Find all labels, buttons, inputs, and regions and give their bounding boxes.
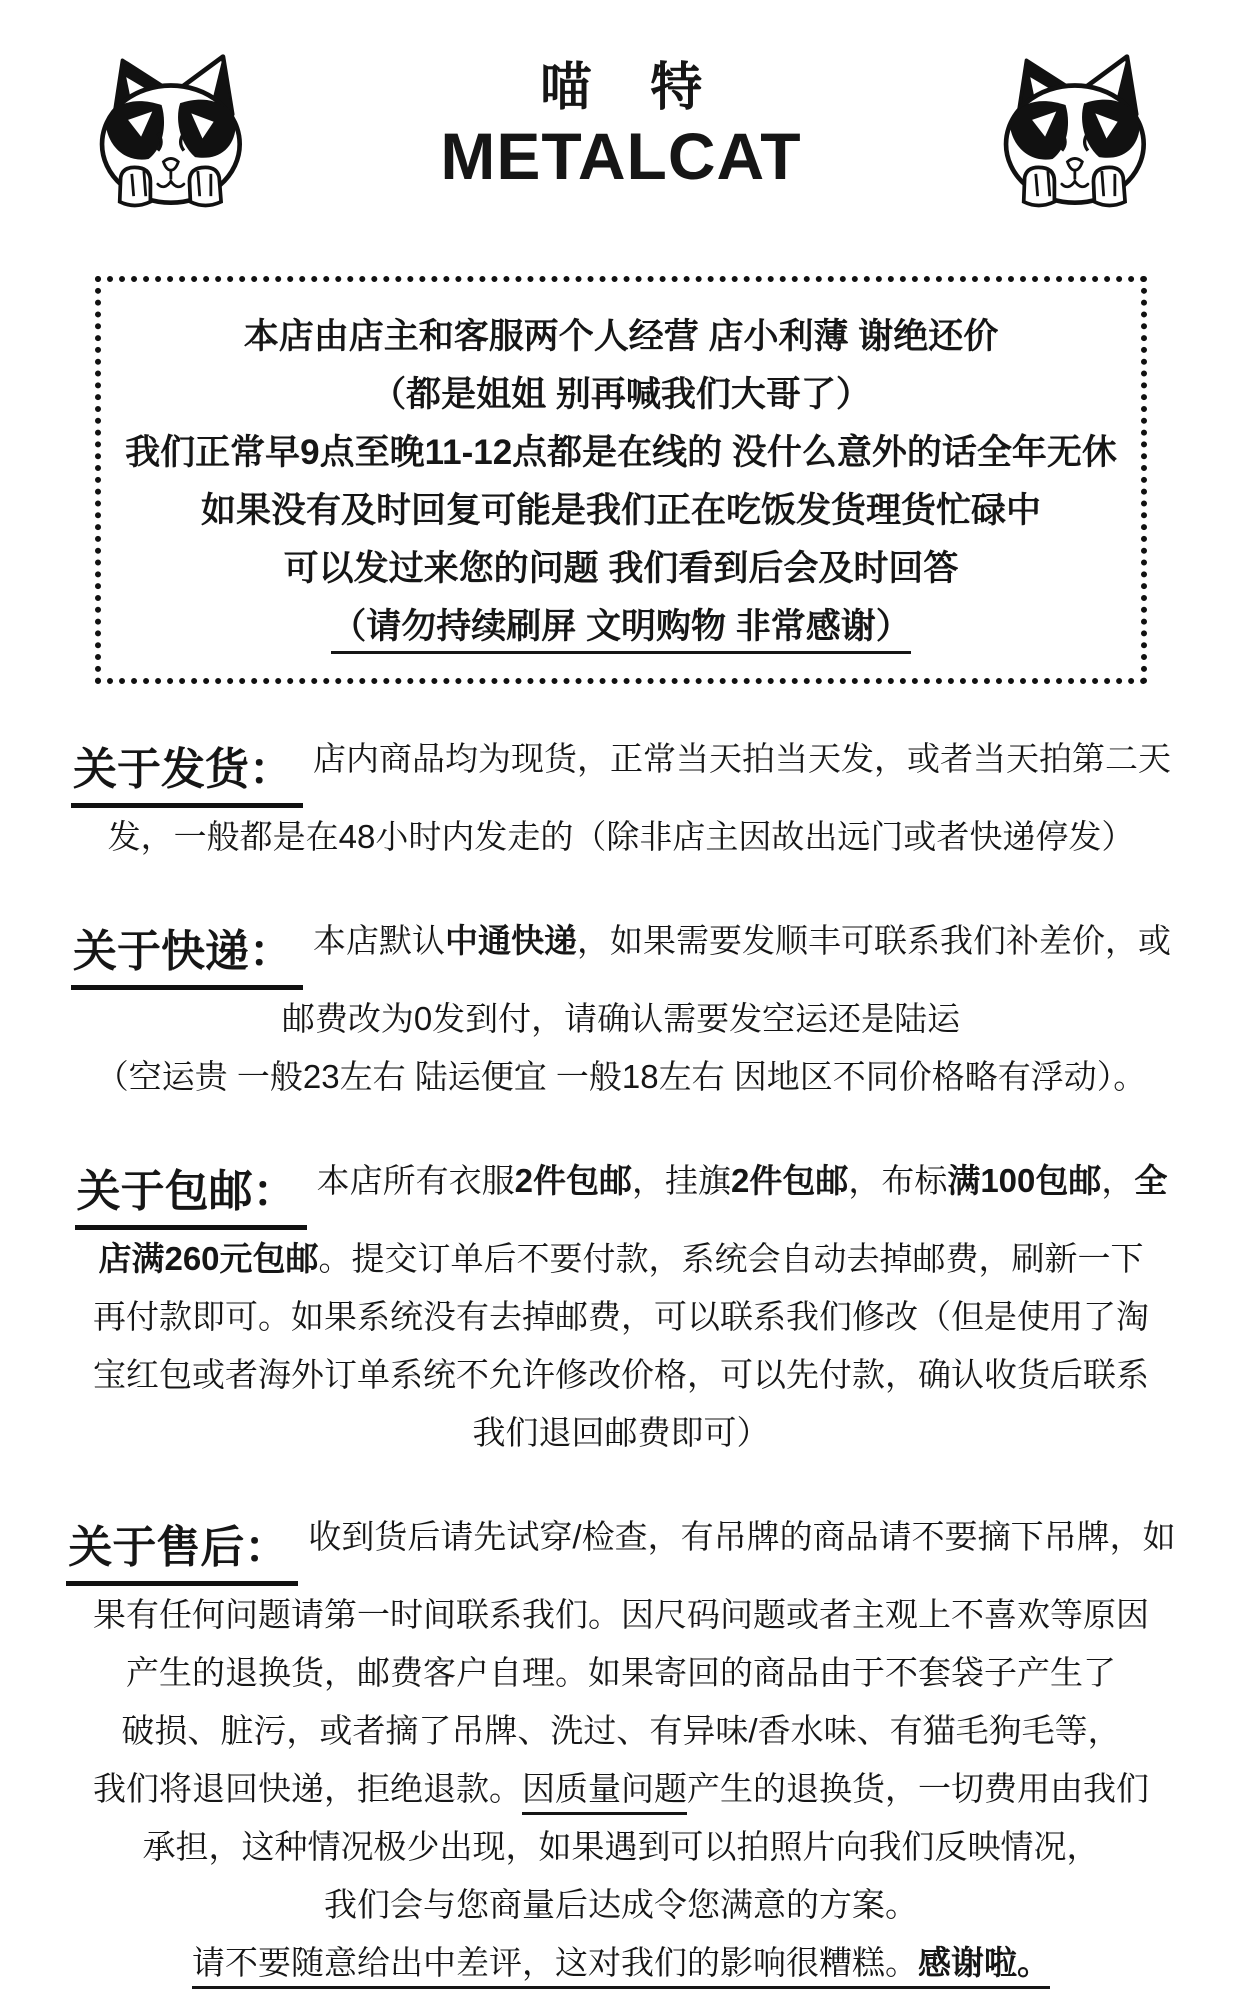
text-segment: 我们退回邮费即可） (473, 1414, 770, 1451)
text-segment: 如果没有及时回复可能是我们正在吃饭发货理货忙碌中 (201, 491, 1041, 530)
section-heading-shipping: 关于发货： (71, 747, 303, 808)
section-line: 发，一般都是在48小时内发走的（除非店主因故出远门或者快递停发） (0, 808, 1242, 866)
section-heading-after-sales: 关于售后： (66, 1525, 298, 1586)
section-courier: 关于快递：本店默认中通快递，如果需要发顺丰可联系我们补差价，或 邮费改为0发到付… (0, 912, 1242, 1106)
notice-line: 本店由店主和客服两个人经营 店小利薄 谢绝还价 (111, 308, 1131, 366)
text-segment: 可以发过来您的问题 我们看到后会及时回答 (284, 549, 959, 588)
section-line-text: 店内商品均为现货，正常当天拍当天发，或者当天拍第二天 (313, 740, 1171, 777)
notice-line: 可以发过来您的问题 我们看到后会及时回答 (111, 540, 1131, 598)
section-line: 关于售后：收到货后请先试穿/检查，有吊牌的商品请不要摘下吊牌，如 (0, 1508, 1242, 1586)
text-segment: 宝红包或者海外订单系统不允许修改价格，可以先付款，确认收货后联系 (93, 1356, 1149, 1393)
section-heading-courier: 关于快递： (71, 929, 303, 990)
text-segment: 产生的退换货，一切费用由我们 (687, 1770, 1149, 1807)
text-segment: （请勿持续刷屏 文明购物 非常感谢） (331, 607, 910, 654)
section-shipping: 关于发货：店内商品均为现货，正常当天拍当天发，或者当天拍第二天 发，一般都是在4… (0, 730, 1242, 866)
section-line-text: 本店所有衣服2件包邮，挂旗2件包邮，布标满100包邮，全 (317, 1162, 1168, 1199)
text-segment: 中通快递 (445, 922, 577, 959)
section-line: 店满260元包邮。提交订单后不要付款，系统会自动去掉邮费，刷新一下 (0, 1230, 1242, 1288)
section-line: 关于包邮：本店所有衣服2件包邮，挂旗2件包邮，布标满100包邮，全 (0, 1152, 1242, 1230)
section-heading-free-shipping: 关于包邮： (75, 1169, 307, 1230)
notice-line: 我们正常早9点至晚11-12点都是在线的 没什么意外的话全年无休 (111, 424, 1131, 482)
text-segment: （都是姐姐 别再喊我们大哥了） (371, 375, 871, 414)
text-segment: 满100包邮 (947, 1162, 1101, 1199)
text-segment: 本店由店主和客服两个人经营 店小利薄 谢绝还价 (244, 317, 998, 356)
section-line: 邮费改为0发到付，请确认需要发空运还是陆运 (0, 990, 1242, 1048)
header: 喵 特 METALCAT (0, 0, 1242, 212)
section-line-text: 本店默认中通快递，如果需要发顺丰可联系我们补差价，或 (313, 922, 1171, 959)
cat-logo-icon-right (980, 52, 1166, 212)
section-line: 关于发货：店内商品均为现货，正常当天拍当天发，或者当天拍第二天 (0, 730, 1242, 808)
section-line: 产生的退换货，邮费客户自理。如果寄回的商品由于不套袋子产生了 (0, 1644, 1242, 1702)
section-after-sales: 关于售后：收到货后请先试穿/检查，有吊牌的商品请不要摘下吊牌，如 果有任何问题请… (0, 1508, 1242, 1992)
section-line: 承担，这种情况极少出现，如果遇到可以拍照片向我们反映情况， (0, 1818, 1242, 1876)
text-segment: 本店所有衣服 (317, 1162, 515, 1199)
text-segment: （空运贵 一般23左右 陆运便宜 一般18左右 因地区不同价格略有浮动）。 (96, 1058, 1147, 1095)
section-line: 宝红包或者海外订单系统不允许修改价格，可以先付款，确认收货后联系 (0, 1346, 1242, 1404)
shop-title-block: 喵 特 METALCAT (262, 52, 980, 192)
text-segment: 请不要随意给出中差评，这对我们的影响很糟糕。 (192, 1944, 918, 1989)
cat-logo-icon-left (76, 52, 262, 212)
text-segment: 我们正常早9点至晚11-12点都是在线的 没什么意外的话全年无休 (125, 433, 1117, 472)
text-segment: 本店默认 (313, 922, 445, 959)
section-line: 关于快递：本店默认中通快递，如果需要发顺丰可联系我们补差价，或 (0, 912, 1242, 990)
text-segment: 2件包邮 (731, 1162, 848, 1199)
section-line-text: 收到货后请先试穿/检查，有吊牌的商品请不要摘下吊牌，如 (308, 1518, 1175, 1555)
text-segment: 。提交订单后不要付款，系统会自动去掉邮费，刷新一下 (319, 1240, 1144, 1277)
notice-line: （都是姐姐 别再喊我们大哥了） (111, 366, 1131, 424)
store-notice-page: 喵 特 METALCAT 本店由店主和客 (0, 0, 1242, 2001)
section-line: 我们将退回快递，拒绝退款。因质量问题产生的退换货，一切费用由我们 (0, 1760, 1242, 1818)
text-segment: ，挂旗 (632, 1162, 731, 1199)
text-segment: 全 (1134, 1162, 1167, 1199)
section-line: 破损、脏污，或者摘了吊牌、洗过、有异味/香水味、有猫毛狗毛等， (0, 1702, 1242, 1760)
text-segment: ，如果需要发顺丰可联系我们补差价，或 (577, 922, 1171, 959)
section-line: 请不要随意给出中差评，这对我们的影响很糟糕。感谢啦。 (0, 1934, 1242, 1992)
shop-title-chinese: 喵 特 (262, 58, 980, 118)
section-line: 我们退回邮费即可） (0, 1404, 1242, 1462)
text-segment: 产生的退换货，邮费客户自理。如果寄回的商品由于不套袋子产生了 (126, 1654, 1116, 1691)
text-segment: 果有任何问题请第一时间联系我们。因尺码问题或者主观上不喜欢等原因 (93, 1596, 1149, 1633)
text-segment: ， (1101, 1162, 1134, 1199)
section-line: （空运贵 一般23左右 陆运便宜 一般18左右 因地区不同价格略有浮动）。 (0, 1048, 1242, 1106)
text-segment: 破损、脏污，或者摘了吊牌、洗过、有异味/香水味、有猫毛狗毛等， (121, 1712, 1120, 1749)
text-segment: 店内商品均为现货，正常当天拍当天发，或者当天拍第二天 (313, 740, 1171, 777)
section-line: 我们会与您商量后达成令您满意的方案。 (0, 1876, 1242, 1934)
text-segment: 感谢啦。 (918, 1944, 1050, 1989)
section-line: 再付款即可。如果系统没有去掉邮费，可以联系我们修改（但是使用了淘 (0, 1288, 1242, 1346)
text-segment: ，布标 (848, 1162, 947, 1199)
text-segment: 我们会与您商量后达成令您满意的方案。 (324, 1886, 918, 1923)
text-segment: 邮费改为0发到付，请确认需要发空运还是陆运 (282, 1000, 960, 1037)
notice-line: （请勿持续刷屏 文明购物 非常感谢） (111, 598, 1131, 656)
section-line: 果有任何问题请第一时间联系我们。因尺码问题或者主观上不喜欢等原因 (0, 1586, 1242, 1644)
text-segment: 发，一般都是在48小时内发走的（除非店主因故出远门或者快递停发） (108, 818, 1135, 855)
text-segment: 收到货后请先试穿/检查，有吊牌的商品请不要摘下吊牌，如 (308, 1518, 1175, 1555)
text-segment: 2件包邮 (515, 1162, 632, 1199)
shop-title-english: METALCAT (262, 120, 980, 192)
notice-line: 如果没有及时回复可能是我们正在吃饭发货理货忙碌中 (111, 482, 1131, 540)
text-segment: 我们将退回快递，拒绝退款。 (93, 1770, 522, 1807)
text-segment: 再付款即可。如果系统没有去掉邮费，可以联系我们修改（但是使用了淘 (93, 1298, 1149, 1335)
text-segment: 承担，这种情况极少出现，如果遇到可以拍照片向我们反映情况， (143, 1828, 1100, 1865)
text-segment: 店满260元包邮 (98, 1240, 318, 1277)
section-free-shipping: 关于包邮：本店所有衣服2件包邮，挂旗2件包邮，布标满100包邮，全 店满260元… (0, 1152, 1242, 1462)
text-segment: 因质量问题 (522, 1770, 687, 1815)
notice-box: 本店由店主和客服两个人经营 店小利薄 谢绝还价 （都是姐姐 别再喊我们大哥了） … (95, 276, 1147, 684)
